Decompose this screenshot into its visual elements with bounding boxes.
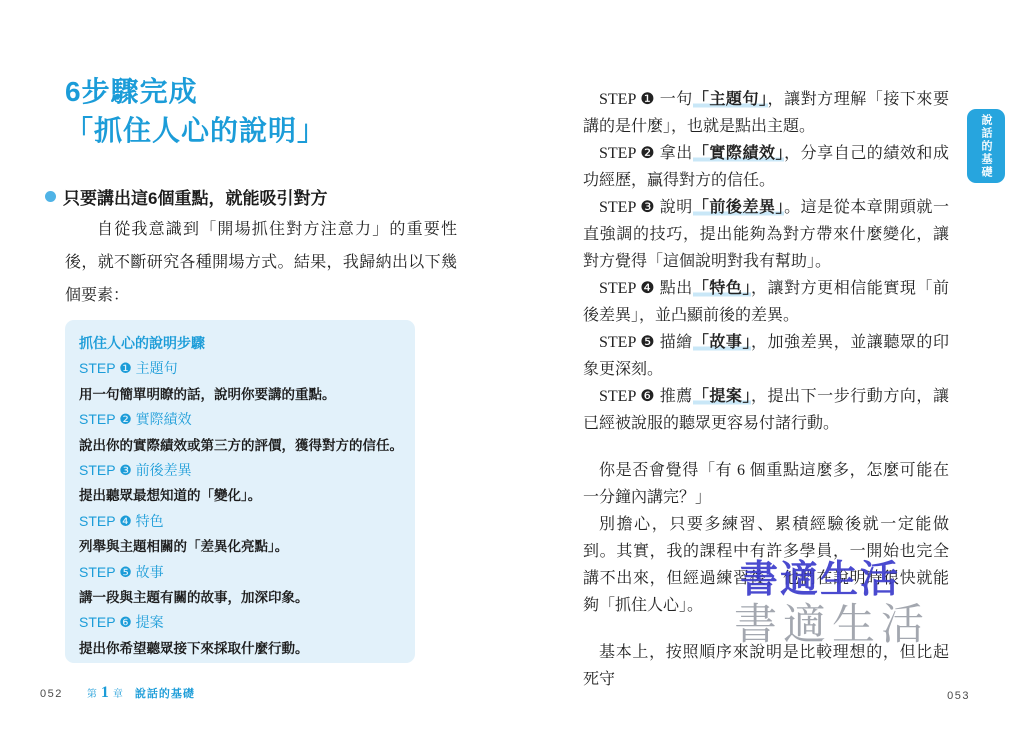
body-paragraph: 別擔心，只要多練習、累積經驗後就一定能做到。其實，我的課程中有許多學員，一開始也… (583, 511, 949, 619)
page-title-line2: 「抓住人心的說明」 (65, 111, 326, 150)
text-segment: 別擔心，只要多練習、累積經驗後就一定能做到。其實，我的課程中有許多學員，一開始也… (583, 516, 949, 614)
intro-paragraph: 自從我意識到「開場抓住對方注意力」的重要性後，就不斷研究各種開場方式。結果，我歸… (65, 213, 457, 312)
body-paragraph: STEP ❻ 推薦「提案」，提出下一步行動方向，讓已經被說服的聽眾更容易付諸行動… (583, 383, 949, 437)
text-segment: STEP ❻ 推薦 (599, 388, 693, 405)
step-description: 列舉與主題相關的「差異化亮點」。 (79, 534, 407, 559)
body-paragraph: STEP ❷ 拿出「實際績效」，分享自己的績效和成功經歷，贏得對方的信任。 (583, 140, 949, 194)
body-text-column: STEP ❶ 一句「主題句」，讓對方理解「接下來要講的是什麼」，也就是點出主題。… (583, 86, 949, 693)
key-term: 「前後差異」 (693, 199, 784, 216)
key-term: 「故事」 (693, 334, 751, 351)
text-segment: STEP ❹ 點出 (599, 280, 693, 297)
step-description: 講一段與主題有關的故事，加深印象。 (79, 585, 407, 610)
text-segment: STEP ❺ 描繪 (599, 334, 693, 351)
key-term: 「特色」 (693, 280, 751, 297)
step-label: STEP ❸ 前後差異 (79, 458, 407, 483)
page-number-left: 052 (40, 688, 63, 700)
step-description: 說出你的實際績效或第三方的評價，獲得對方的信任。 (79, 433, 407, 458)
text-segment: STEP ❸ 說明 (599, 199, 693, 216)
step-description: 用一句簡單明瞭的話，說明你要講的重點。 (79, 382, 407, 407)
key-term: 「提案」 (693, 388, 751, 405)
steps-box-title: 抓住人心的說明步驟 (79, 331, 407, 356)
page-left: 6步驟完成 「抓住人心的說明」 只要講出這6個重點，就能吸引對方 自從我意識到「… (0, 0, 506, 740)
page-title-line1: 6步驟完成 (65, 72, 326, 111)
page-number-right: 053 (947, 690, 970, 702)
step-label: STEP ❷ 實際績效 (79, 407, 407, 432)
body-paragraph: 你是否會覺得「有 6 個重點這麼多，怎麼可能在一分鐘內講完？」 (583, 457, 949, 511)
bullet-icon (45, 191, 56, 202)
page-right: STEP ❶ 一句「主題句」，讓對方理解「接下來要講的是什麼」，也就是點出主題。… (506, 0, 1013, 740)
step-label: STEP ❻ 提案 (79, 610, 407, 635)
body-paragraph: 基本上，按照順序來說明是比較理想的，但比起死守 (583, 639, 949, 693)
body-paragraph: STEP ❸ 說明「前後差異」。這是從本章開頭就一直強調的技巧，提出能夠為對方帶… (583, 194, 949, 275)
section-subheading: 只要講出這6個重點，就能吸引對方 (45, 184, 475, 209)
text-segment: 你是否會覺得「有 6 個重點這麼多，怎麼可能在一分鐘內講完？」 (583, 462, 949, 506)
step-label: STEP ❶ 主題句 (79, 356, 407, 381)
footer-left: 052 第 1 章 說話的基礎 (40, 684, 195, 702)
section-edge-tab: 說話的基礎 (967, 109, 1005, 183)
chapter-number: 1 (101, 684, 109, 702)
step-label: STEP ❹ 特色 (79, 509, 407, 534)
text-segment: 基本上，按照順序來說明是比較理想的，但比起死守 (583, 644, 949, 688)
steps-box-list: STEP ❶ 主題句用一句簡單明瞭的話，說明你要講的重點。STEP ❷ 實際績效… (79, 356, 407, 661)
text-segment: STEP ❷ 拿出 (599, 145, 693, 162)
key-term: 「主題句」 (693, 91, 768, 108)
chapter-suffix: 章 (113, 685, 123, 700)
step-description: 提出你希望聽眾接下來採取什麼行動。 (79, 636, 407, 661)
body-paragraph: STEP ❹ 點出「特色」，讓對方更相信能實現「前後差異」，並凸顯前後的差異。 (583, 275, 949, 329)
book-spread: 6步驟完成 「抓住人心的說明」 只要講出這6個重點，就能吸引對方 自從我意識到「… (0, 0, 1013, 740)
steps-summary-box: 抓住人心的說明步驟 STEP ❶ 主題句用一句簡單明瞭的話，說明你要講的重點。S… (65, 320, 415, 663)
chapter-prefix: 第 (87, 685, 97, 700)
page-title: 6步驟完成 「抓住人心的說明」 (65, 72, 326, 150)
text-segment: STEP ❶ 一句 (599, 91, 693, 108)
section-subheading-text: 只要講出這6個重點，就能吸引對方 (63, 184, 327, 209)
step-label: STEP ❺ 故事 (79, 560, 407, 585)
body-paragraph: STEP ❶ 一句「主題句」，讓對方理解「接下來要講的是什麼」，也就是點出主題。 (583, 86, 949, 140)
step-description: 提出聽眾最想知道的「變化」。 (79, 483, 407, 508)
body-paragraph: STEP ❺ 描繪「故事」，加強差異，並讓聽眾的印象更深刻。 (583, 329, 949, 383)
key-term: 「實際績效」 (693, 145, 784, 162)
chapter-reference: 第 1 章 說話的基礎 (87, 684, 195, 702)
chapter-title: 說話的基礎 (135, 685, 195, 701)
